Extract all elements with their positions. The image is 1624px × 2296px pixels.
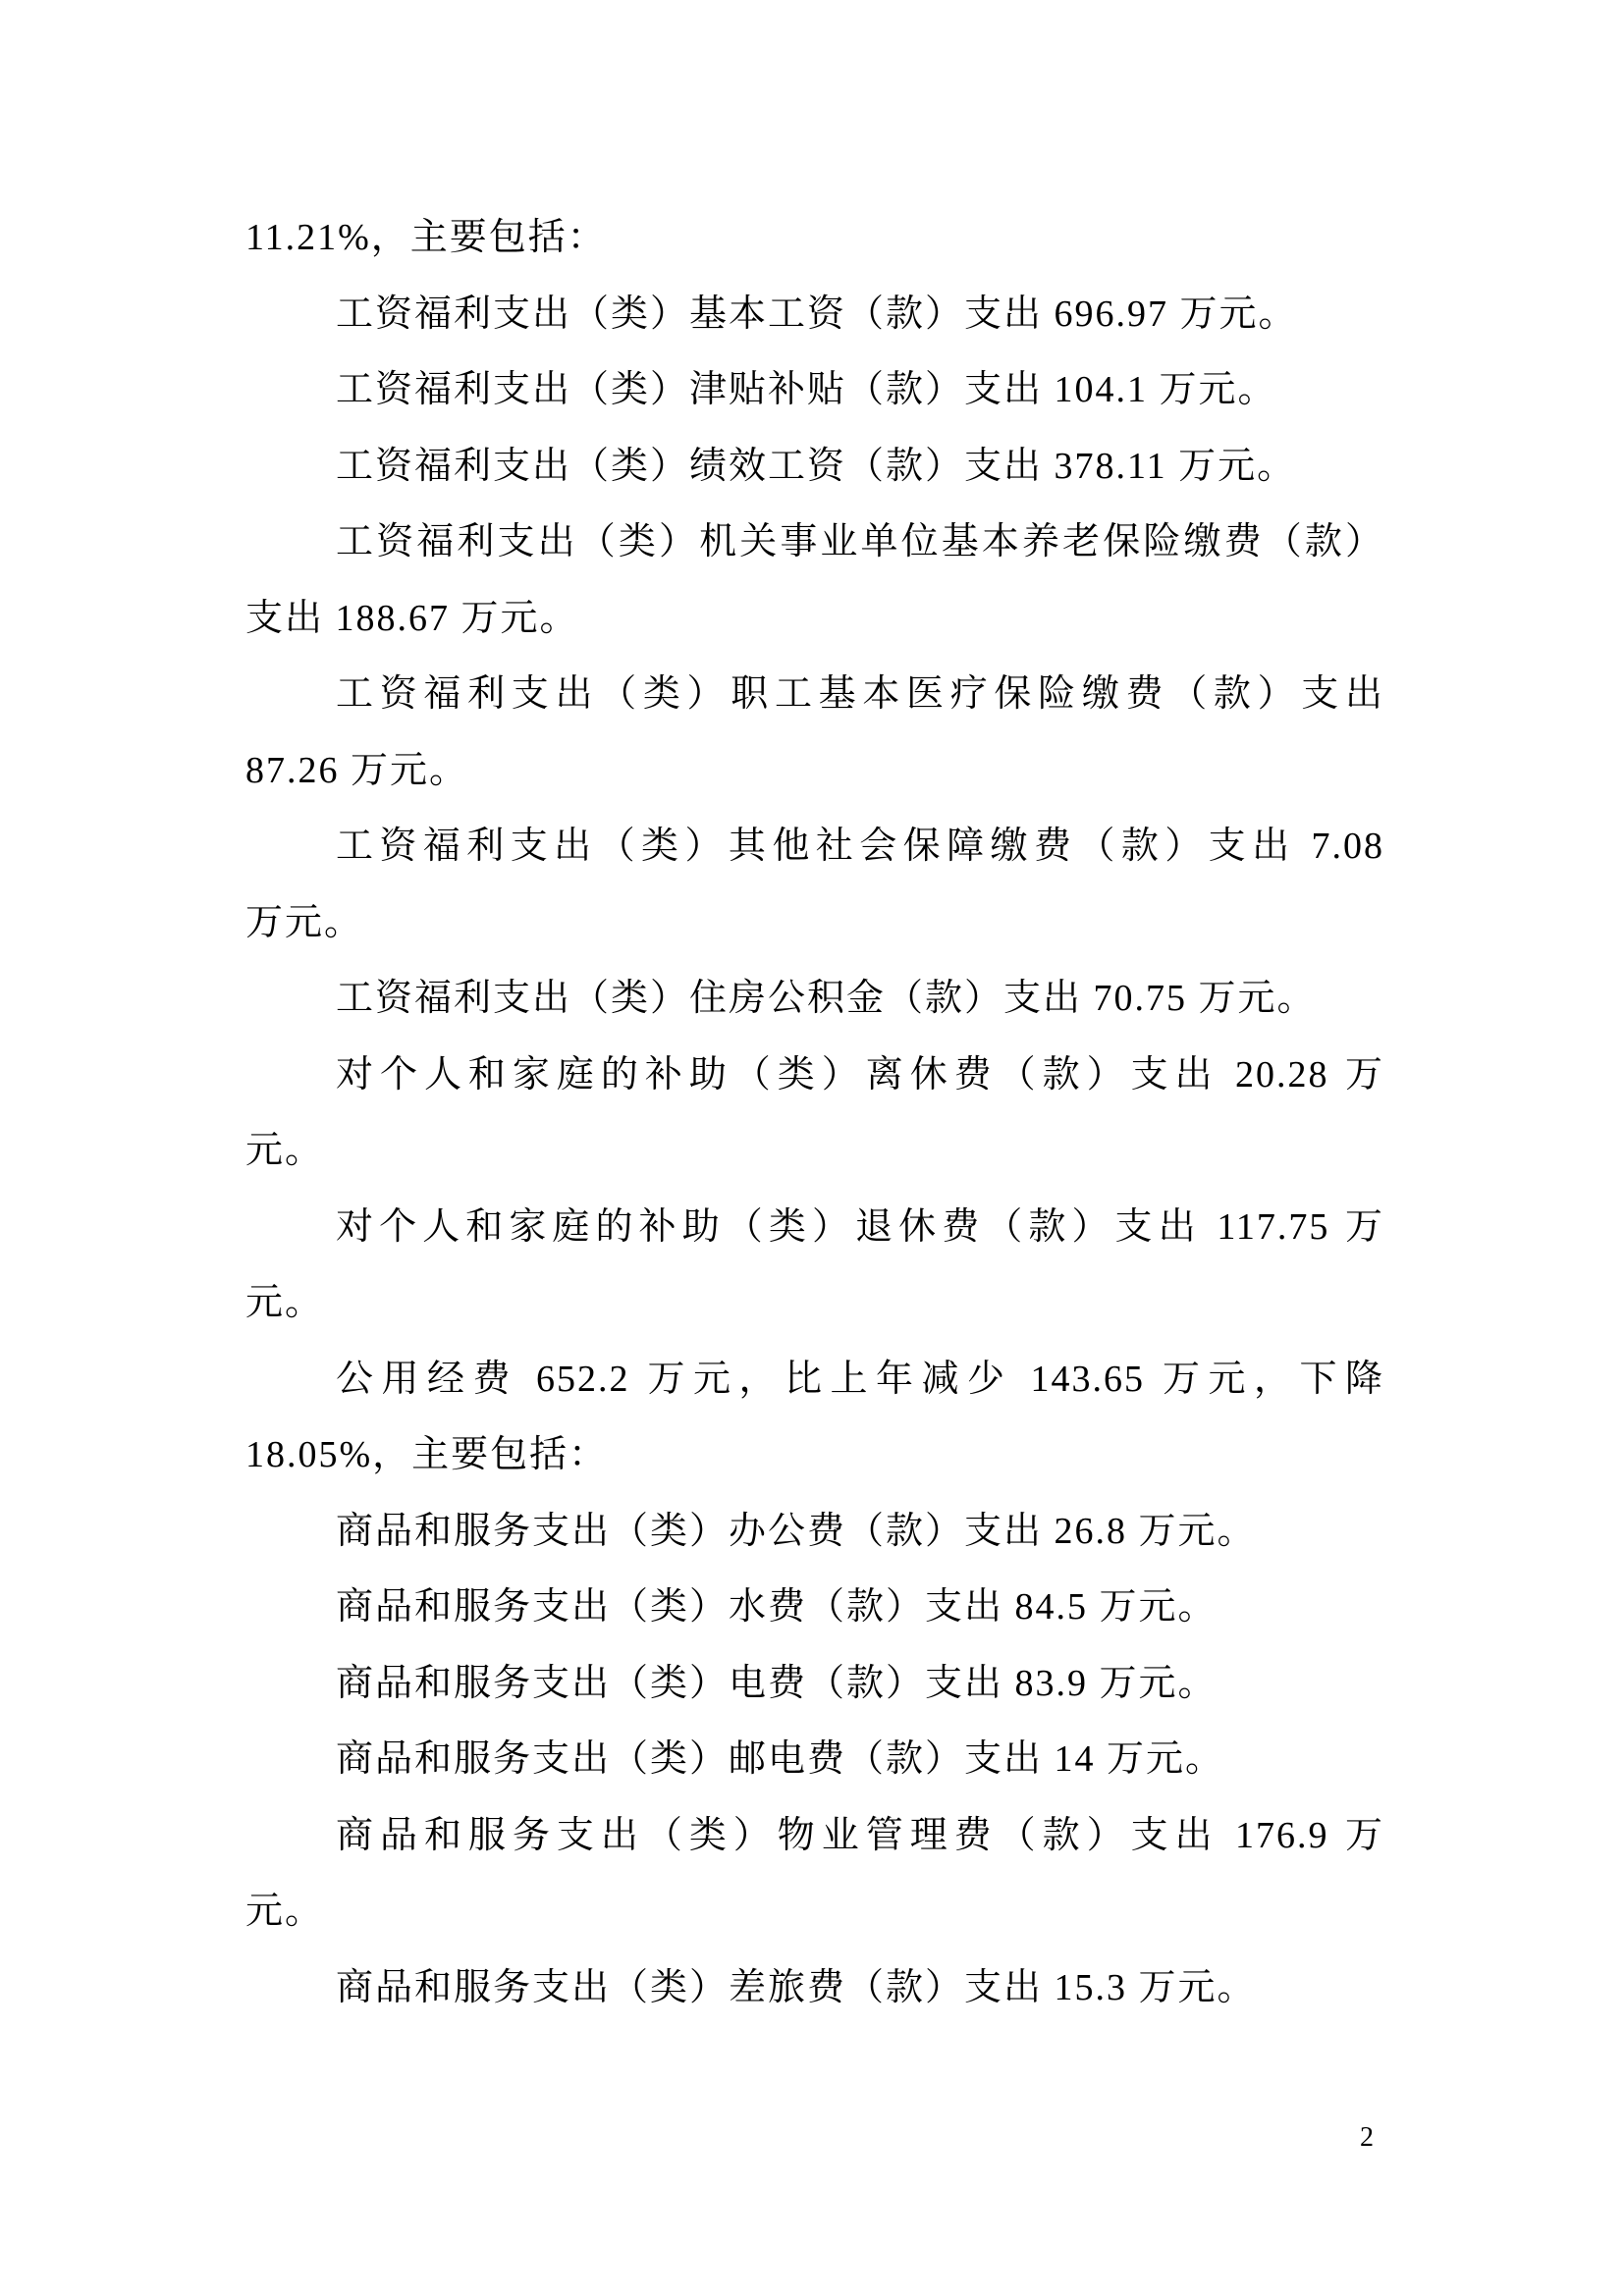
text-line: 工资福利支出（类）其他社会保障缴费（款）支出 7.08 — [245, 809, 1384, 885]
document-page: 11.21%，主要包括：工资福利支出（类）基本工资（款）支出 696.97 万元… — [0, 0, 1624, 2296]
text-line: 商品和服务支出（类）电费（款）支出 83.9 万元。 — [245, 1646, 1384, 1723]
text-line: 87.26 万元。 — [245, 733, 1384, 810]
text-line: 工资福利支出（类）住房公积金（款）支出 70.75 万元。 — [245, 961, 1384, 1038]
text-line: 元。 — [245, 1265, 1384, 1342]
document-body: 11.21%，主要包括：工资福利支出（类）基本工资（款）支出 696.97 万元… — [245, 200, 1384, 2026]
text-line: 工资福利支出（类）机关事业单位基本养老保险缴费（款） — [245, 505, 1384, 581]
text-line: 商品和服务支出（类）邮电费（款）支出 14 万元。 — [245, 1722, 1384, 1798]
text-line: 对个人和家庭的补助（类）离休费（款）支出 20.28 万 — [245, 1038, 1384, 1114]
text-line: 元。 — [245, 1874, 1384, 1950]
text-line: 11.21%，主要包括： — [245, 200, 1384, 277]
page-number: 2 — [1360, 2118, 1374, 2158]
text-line: 支出 188.67 万元。 — [245, 581, 1384, 658]
text-line: 公用经费 652.2 万元，比上年减少 143.65 万元，下降 — [245, 1342, 1384, 1418]
text-line: 工资福利支出（类）津贴补贴（款）支出 104.1 万元。 — [245, 352, 1384, 429]
text-line: 工资福利支出（类）绩效工资（款）支出 378.11 万元。 — [245, 429, 1384, 506]
text-line: 对个人和家庭的补助（类）退休费（款）支出 117.75 万 — [245, 1190, 1384, 1266]
text-line: 商品和服务支出（类）物业管理费（款）支出 176.9 万 — [245, 1798, 1384, 1875]
text-line: 工资福利支出（类）职工基本医疗保险缴费（款）支出 — [245, 657, 1384, 733]
text-line: 18.05%，主要包括： — [245, 1417, 1384, 1494]
text-line: 万元。 — [245, 885, 1384, 962]
text-line: 商品和服务支出（类）差旅费（款）支出 15.3 万元。 — [245, 1950, 1384, 2027]
text-line: 商品和服务支出（类）水费（款）支出 84.5 万元。 — [245, 1570, 1384, 1646]
text-line: 商品和服务支出（类）办公费（款）支出 26.8 万元。 — [245, 1494, 1384, 1571]
text-line: 元。 — [245, 1113, 1384, 1190]
text-line: 工资福利支出（类）基本工资（款）支出 696.97 万元。 — [245, 277, 1384, 353]
